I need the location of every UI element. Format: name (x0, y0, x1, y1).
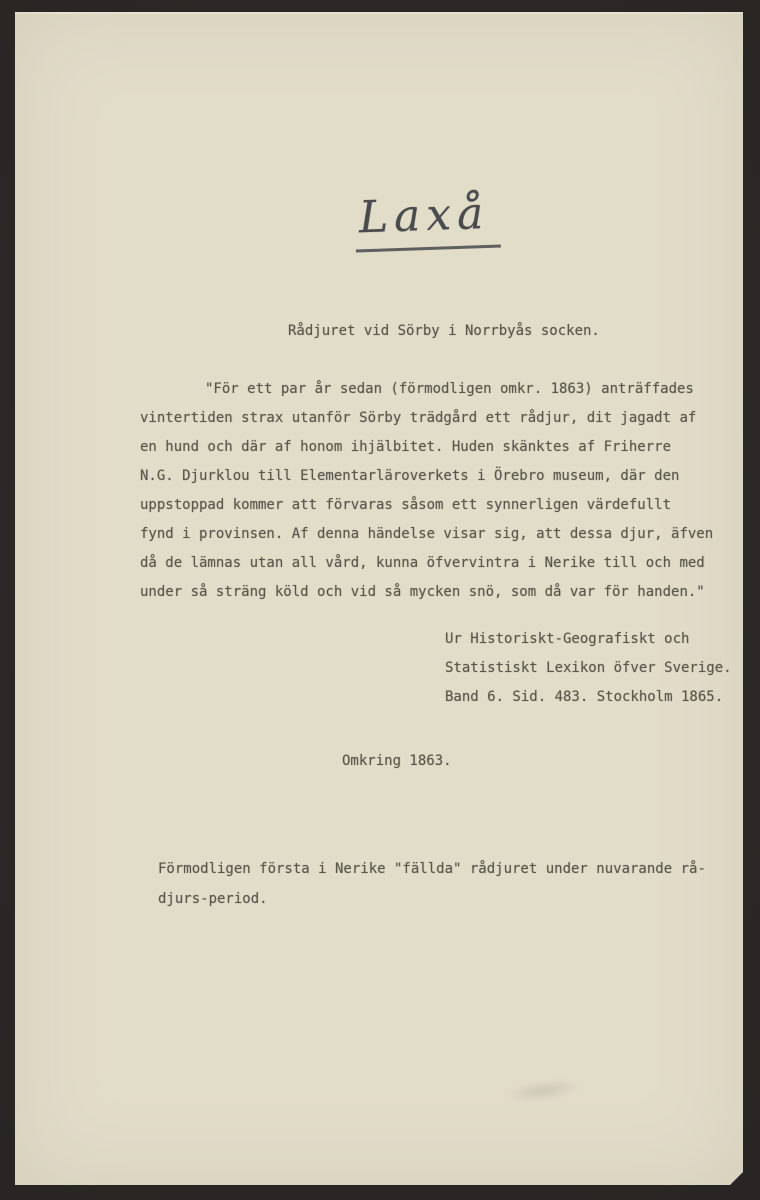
attribution-line: Statistiskt Lexikon öfver Sverige. (445, 654, 732, 683)
quote-paragraph: "För ett par år sedan (förmodligen omkr.… (140, 375, 713, 607)
footnote: Förmodligen första i Nerike "fällda" råd… (158, 854, 706, 914)
quote-line: då de lämnas utan all vård, kunna öfverv… (140, 549, 713, 578)
source-attribution: Ur Historiskt-Geografiskt ochStatistiskt… (445, 625, 732, 712)
handwritten-title-text: Laxå (354, 191, 500, 252)
attribution-line: Ur Historiskt-Geografiskt och (445, 625, 732, 654)
quote-line: "För ett par år sedan (förmodligen omkr.… (140, 375, 713, 404)
footnote-line: Förmodligen första i Nerike "fällda" råd… (158, 854, 706, 884)
faint-pencil-smudge (502, 1075, 584, 1108)
quote-line: under så sträng köld och vid så mycken s… (140, 578, 713, 607)
attribution-line: Band 6. Sid. 483. Stockholm 1865. (445, 683, 732, 712)
handwritten-title: Laxå (354, 191, 500, 252)
quote-line: fynd i provinsen. Af denna händelse visa… (140, 520, 713, 549)
quote-line: uppstoppad kommer att förvaras såsom ett… (140, 491, 713, 520)
quote-line: en hund och där af honom ihjälbitet. Hud… (140, 433, 713, 462)
document-heading: Rådjuret vid Sörby i Norrbyås socken. (288, 317, 600, 346)
footnote-line: djurs-period. (158, 884, 706, 914)
quote-line: vintertiden strax utanför Sörby trädgård… (140, 404, 713, 433)
date-note: Omkring 1863. (342, 747, 452, 776)
document-paper: Laxå Rådjuret vid Sörby i Norrbyås socke… (15, 12, 743, 1185)
quote-line: N.G. Djurklou till Elementarläroverkets … (140, 462, 713, 491)
photo-mat-background: Laxå Rådjuret vid Sörby i Norrbyås socke… (0, 0, 760, 1200)
